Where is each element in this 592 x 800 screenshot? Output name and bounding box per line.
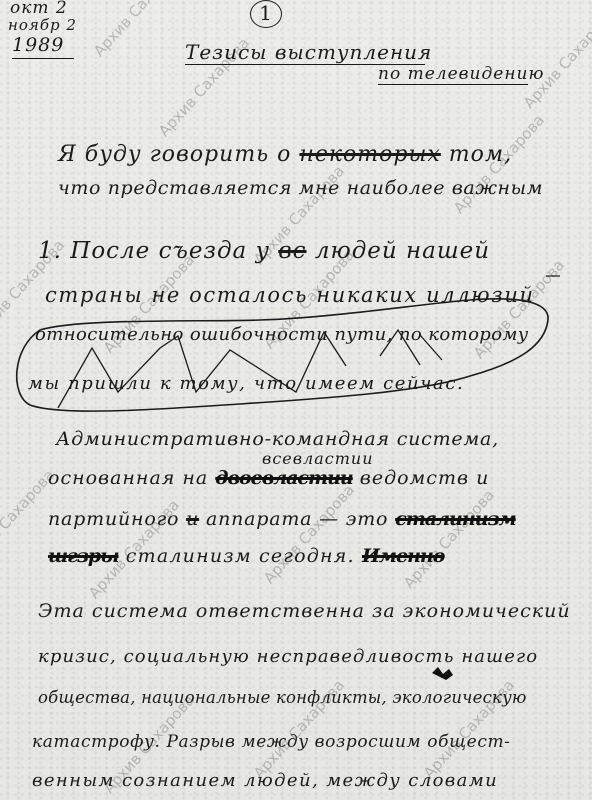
struck-word: и bbox=[186, 508, 199, 530]
admin-text-after: ведомств и bbox=[353, 467, 490, 489]
intro-text-after: том, bbox=[441, 142, 512, 167]
system-line-3: общества, национальные конфликты, эколог… bbox=[38, 688, 527, 707]
system-line-4: катастрофу. Разрыв между возросшим общес… bbox=[32, 732, 511, 752]
system-line-5: венным сознанием людей, между словами bbox=[32, 770, 498, 791]
point1-text-before: 1. После съезда у bbox=[38, 238, 278, 264]
admin-text-before: партийного bbox=[48, 508, 186, 530]
admin-text-mid: аппарата — это bbox=[199, 508, 395, 530]
intro-text-before: Я буду говорить о bbox=[58, 142, 299, 167]
admin-insert: всевластии bbox=[262, 449, 374, 468]
title-line-2: по телевидению bbox=[378, 64, 528, 85]
struck-word: двоевластии bbox=[215, 467, 352, 489]
admin-line-2: основанная на двоевластии ведомств и bbox=[48, 467, 489, 489]
struck-word: некоторых bbox=[299, 142, 440, 167]
date-note-month2: ноябр 2 bbox=[8, 16, 77, 34]
admin-line-3: партийного и аппарата — это сталинизм bbox=[48, 508, 516, 530]
circled-line-2: мы пришли к тому, что имеем сейчас. bbox=[28, 373, 464, 394]
date-note-year: 1989 bbox=[12, 34, 74, 59]
circled-line-1: относительно ошибочности пути, по которо… bbox=[35, 324, 529, 345]
intro-line-1: Я буду говорить о некоторых том, bbox=[58, 142, 512, 167]
intro-line-2: что представляется мне наиболее важным bbox=[58, 177, 543, 199]
point1-line-2: страны не осталось никаких иллюзий bbox=[45, 283, 535, 307]
admin-line-4: шгзры сталинизм сегодня. Именно bbox=[48, 545, 444, 567]
struck-word: шгзры bbox=[48, 545, 119, 567]
struck-word: Именно bbox=[362, 545, 444, 567]
admin-line-1: Административно-командная система, bbox=[56, 428, 499, 450]
system-line-1: Эта система ответственна за экономически… bbox=[38, 600, 571, 622]
admin-text-after: сталинизм сегодня. bbox=[119, 545, 362, 567]
page-number: 1 bbox=[250, 0, 282, 28]
system-line-2: кризис, социальную несправедливость наше… bbox=[38, 646, 538, 667]
struck-word: вс bbox=[278, 238, 306, 264]
point1-line-1: 1. После съезда у вс людей нашей bbox=[38, 238, 490, 264]
point1-text-after: людей нашей bbox=[307, 238, 491, 264]
admin-text-before: основанная на bbox=[48, 467, 215, 489]
struck-word: сталинизм bbox=[395, 508, 516, 530]
title-line-1: Тезисы выступления bbox=[185, 40, 425, 65]
